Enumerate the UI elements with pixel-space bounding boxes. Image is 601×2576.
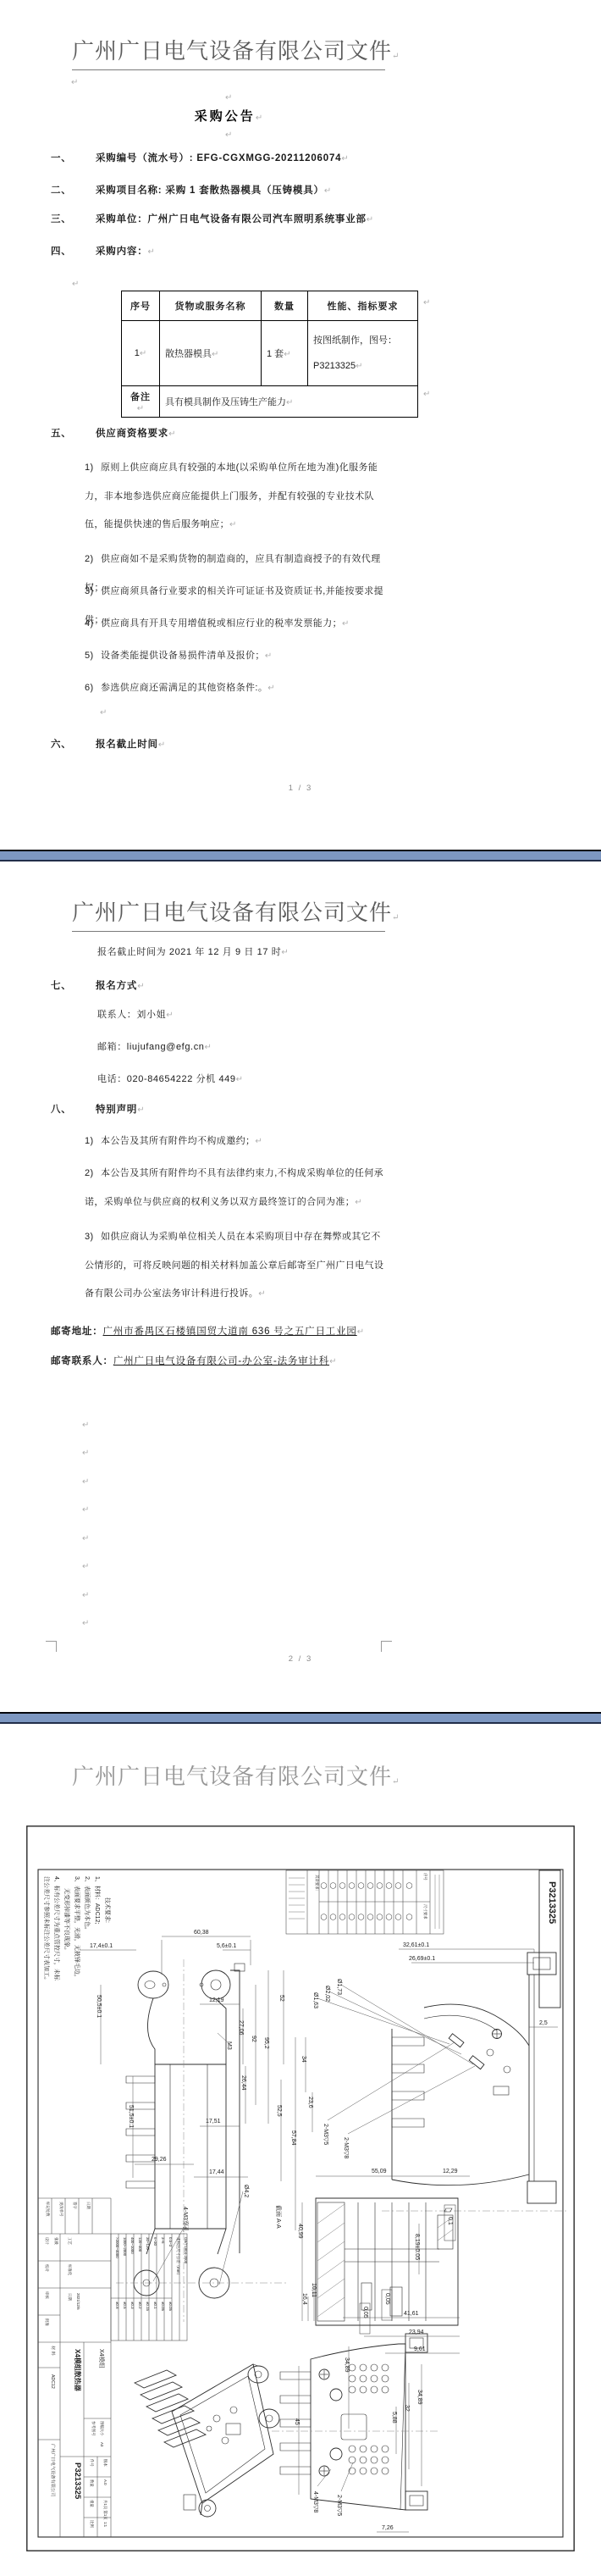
section-label: 截面 A-A <box>275 2205 283 2229</box>
statement-text: 本公告及其所有附件均不构成邀约； <box>101 1136 255 1146</box>
pilcrow-mark: ↵ <box>205 1043 212 1052</box>
tolerance-standard: GB/T1804-2000 <box>184 2237 188 2264</box>
tech-note-line: 1、材料：ADC12; <box>94 1876 102 1924</box>
cell-remark-text: 具有模具制作及压铸生产能力 <box>165 397 286 407</box>
section-7-text: 报名方式 <box>96 981 137 991</box>
section-2-text: 采购项目名称: 采购 1 套散热器模具（压铸模具） <box>96 186 324 196</box>
pilcrow-mark: ↵ <box>255 1137 262 1146</box>
section-8-text: 特别声明 <box>96 1105 137 1115</box>
tb-part-no: P3213325 <box>73 2462 82 2500</box>
tb-module: X4模组 <box>98 2349 106 2368</box>
dim-label: 45 <box>294 2418 300 2425</box>
dim-label: 23,6 <box>307 2097 313 2108</box>
email-text: 邮箱：liujufang@efg.cn <box>97 1042 205 1052</box>
tb-material: ADC12 <box>50 2374 55 2389</box>
section-1: 一、采购编号（流水号）: EFG-CGXMGG-20211206074↵ <box>51 151 349 164</box>
dim-label: M3 <box>226 2041 232 2050</box>
tb-date-label: 日期 <box>85 2202 91 2209</box>
pilcrow-mark: ↵ <box>82 1421 89 1430</box>
tb-ref-label: 参考图号 <box>91 2421 96 2436</box>
tb-version-label: 版本 <box>102 2459 108 2467</box>
mail-contact-value: 广州广日电气设备有限公司-办公室-法务审计科 <box>113 1356 329 1366</box>
pilcrow-mark: ↵ <box>82 1591 89 1600</box>
dim-label: 8,19±0.05 <box>414 2234 420 2260</box>
dim-label: 23,94 <box>409 2329 424 2335</box>
tb-date-label: 日期 <box>67 2293 73 2301</box>
pilcrow-mark: ↵ <box>392 52 399 61</box>
phone-line: 电话：020-84654222 分机 449↵ <box>97 1072 243 1085</box>
tb-sign: 签字 <box>72 2202 78 2209</box>
requirement-text: 设备类能提供设备易损件清单及报价； <box>101 651 265 661</box>
tolerance-range: 6~30 <box>153 2237 157 2246</box>
section-1-number: 一、 <box>51 151 96 164</box>
strip-seq-label: 序号 <box>422 1873 428 1881</box>
section-5-text: 供应商资格要求 <box>96 429 168 439</box>
pilcrow-mark: ↵ <box>356 362 362 371</box>
statement-number: 3) <box>85 1223 101 1252</box>
statement-item: 3)如供应商认为采购单位相关人员在本采购项目中存在舞弊或其它不公情形的，可将反映… <box>85 1223 389 1309</box>
pilcrow-mark: ↵ <box>265 651 272 661</box>
requirement-number: 2) <box>85 546 101 574</box>
dim-label: 2-M3▽8 <box>343 2137 349 2158</box>
pilcrow-mark: ↵ <box>82 1449 89 1458</box>
pilcrow-mark: ↵ <box>148 247 155 257</box>
cell-spec: 按图纸制作，图号：P3213325↵ <box>308 321 418 386</box>
company-header: 广州广日电气设备有限公司文件↵ <box>72 39 385 69</box>
pilcrow-mark: ↵ <box>82 1562 89 1571</box>
requirement-text: 供应商具有开具专用增值税或相应行业的税率发票能力； <box>101 618 342 629</box>
section-7-number: 七、 <box>51 978 96 992</box>
requirement-item: 5)设备类能提供设备易损件清单及报价；↵ <box>85 642 389 671</box>
tech-note-line: 2、表面颜色为本色。 <box>84 1876 91 1933</box>
tolerance-title: 未标注尺寸公差（mm） <box>175 2237 181 2277</box>
page-separator <box>0 850 601 861</box>
pilcrow-mark: ↵ <box>423 298 430 307</box>
requirement-text: 参选供应商还需满足的其他资格条件:。 <box>101 683 267 693</box>
dim-label: 51,5±0.1 <box>128 2105 134 2128</box>
cell-qty: 1 套↵ <box>262 321 308 386</box>
table-remark-row: 备注↵ 具有模具制作及压铸生产能力↵ <box>122 386 418 418</box>
cell-spec-line2: P3213325 <box>313 361 356 371</box>
contact-text: 联系人：刘小姐 <box>97 1010 166 1020</box>
company-header-text: 广州广日电气设备有限公司文件 <box>72 1764 392 1789</box>
section-2: 二、采购项目名称: 采购 1 套散热器模具（压铸模具）↵ <box>51 183 331 197</box>
pilcrow-mark: ↵ <box>284 350 290 359</box>
tb-standard: 标准化 <box>67 2264 73 2276</box>
procurement-table: 序号 货物或服务名称 数量 性能、指标要求 1↵ 散热器模具↵ 1 套↵ 按图纸… <box>121 291 418 418</box>
dim-label: Ø4,2 <box>243 2185 249 2197</box>
dim-label: 0,05 <box>384 2293 390 2305</box>
pilcrow-mark: ↵ <box>71 78 78 87</box>
table-row: 1↵ 散热器模具↵ 1 套↵ 按图纸制作，图号：P3213325↵ <box>122 321 418 386</box>
col-header-spec: 性能、指标要求 <box>308 291 418 321</box>
dim-label: 32 <box>404 2405 410 2412</box>
tb-change: 更改单号 <box>58 2202 64 2217</box>
dim-label: 52,5 <box>276 2105 282 2117</box>
page-footer: 2 / 3 <box>0 1654 601 1664</box>
cell-remark-label: 备注↵ <box>122 386 160 418</box>
pilcrow-mark: ↵ <box>82 1619 89 1628</box>
dim-label: 32,61±0.1 <box>403 1942 429 1948</box>
pilcrow-mark: ↵ <box>392 913 399 922</box>
text-boundary-corner <box>381 1641 392 1652</box>
dim-label: 2,5 <box>539 2020 548 2026</box>
pilcrow-mark: ↵ <box>140 349 146 358</box>
table-header-row: 序号 货物或服务名称 数量 性能、指标要求 <box>122 291 418 321</box>
section-5-number: 五、 <box>51 426 96 440</box>
pilcrow-mark: ↵ <box>329 1357 336 1366</box>
requirement-number: 4) <box>85 610 101 639</box>
company-header: 广州广日电气设备有限公司文件↵ <box>72 1764 385 1795</box>
phone-text: 电话：020-84654222 分机 449 <box>97 1074 236 1084</box>
pilcrow-mark: ↵ <box>72 280 79 289</box>
col-header-name: 货物或服务名称 <box>160 291 262 321</box>
tech-note-line: 技术要求: <box>104 1897 112 1923</box>
pilcrow-mark: ↵ <box>267 684 274 693</box>
section-6: 六、报名截止时间↵ <box>51 737 165 751</box>
tb-scale-label: 比例 <box>89 2520 95 2528</box>
tolerance-range: 120~400 <box>138 2237 142 2252</box>
section-4-text: 采购内容： <box>96 247 148 257</box>
dim-label: 4-M3▽8 <box>312 2491 318 2512</box>
tolerance-value: ±0.3 <box>130 2302 135 2309</box>
tb-approve: 批准 <box>44 2318 50 2326</box>
pilcrow-mark: ↵ <box>258 1289 265 1299</box>
requirement-item: 1)原则上供应商应具有较强的本地(以采购单位所在地为准)化服务能力，非本地参选供… <box>85 454 389 540</box>
dim-label: 12,19 <box>209 1997 224 2003</box>
pilcrow-mark: ↵ <box>357 1327 364 1337</box>
dim-label: 17,51 <box>206 2119 221 2125</box>
company-header-text: 广州广日电气设备有限公司文件 <box>72 900 392 925</box>
tb-mark: 标记处数 <box>45 2202 51 2217</box>
requirement-number: 3) <box>85 578 101 607</box>
page-2: 广州广日电气设备有限公司文件↵ 报名截止时间为 2021 年 12 月 9 日 … <box>0 861 601 1712</box>
tb-weight-label: 重量 <box>89 2500 95 2507</box>
dim-label: 34,89 <box>416 2390 422 2405</box>
section-7: 七、报名方式↵ <box>51 978 145 992</box>
requirement-number: 5) <box>85 642 101 671</box>
pilcrow-mark: ↵ <box>342 619 349 629</box>
header-underline <box>72 69 385 70</box>
tb-check: 校对 <box>44 2264 50 2272</box>
contact-line: 联系人：刘小姐↵ <box>97 1007 174 1021</box>
dim-label: 17,4±0.1 <box>90 1943 113 1949</box>
dim-label: 26,44 <box>240 2075 246 2091</box>
pilcrow-mark: ↵ <box>225 93 232 102</box>
section-2-number: 二、 <box>51 183 96 197</box>
dim-label: Ø1,73 <box>336 1979 342 1995</box>
dim-label: 34 <box>300 2056 306 2063</box>
dim-label: 9,61 <box>414 2346 426 2352</box>
pilcrow-mark: ↵ <box>168 429 175 439</box>
dim-label: 7,26 <box>382 2525 394 2531</box>
dim-label: 60,38 <box>194 1930 209 1936</box>
tb-version: A.0 <box>103 2479 108 2485</box>
pilcrow-mark: ↵ <box>423 390 430 399</box>
requirement-item: 4)供应商具有开具专用增值税或相应行业的税率发票能力；↵ <box>85 610 389 639</box>
pilcrow-mark: ↵ <box>137 1105 144 1115</box>
dim-label: 10,11 <box>311 2283 317 2297</box>
section-3-number: 三、 <box>51 212 96 225</box>
part-number-text: P3213325 <box>547 1881 557 1924</box>
dim-label: 2-M3▽5 <box>323 2124 328 2145</box>
tolerance-value: ±0.8 <box>115 2302 119 2309</box>
tolerance-value: ±0.05 <box>168 2302 173 2312</box>
page-title: 采购公告↵ <box>72 107 385 125</box>
tolerance-range: >2000~4000 <box>115 2237 119 2258</box>
cell-spec-line1: 按图纸制作，图号： <box>313 335 397 346</box>
mail-address-value: 广州市番禺区石楼镇国贸大道南 636 号之五广日工业园 <box>103 1327 357 1337</box>
pilcrow-mark: ↵ <box>137 404 144 413</box>
tb-part-name: X4模组散热器 <box>74 2349 82 2391</box>
cell-no: 1↵ <box>122 321 160 386</box>
tb-audit: 审核 <box>44 2291 50 2299</box>
mail-contact-line: 邮寄联系人：广州广日电气设备有限公司-办公室-法务审计科↵ <box>51 1354 336 1367</box>
pilcrow-mark: ↵ <box>212 350 218 359</box>
section-1-text: 采购编号（流水号）: EFG-CGXMGG-20211206074 <box>96 153 341 163</box>
dim-label: 4-M3穿孔 <box>182 2207 190 2232</box>
cell-name-text: 散热器模具 <box>165 349 212 359</box>
cell-remark: 具有模具制作及压铸生产能力↵ <box>160 386 418 418</box>
statement-text: 如供应商认为采购单位相关人员在本采购项目中存在舞弊或其它不公情形的，可将反映问题… <box>85 1232 383 1299</box>
dim-label: 92 <box>251 2036 256 2042</box>
page-separator <box>0 1712 601 1724</box>
tolerance-value: ±0.2 <box>138 2302 142 2309</box>
cell-qty-text: 1 套 <box>267 349 284 359</box>
tb-material-label: 材 料 <box>50 2346 57 2357</box>
section-5: 五、供应商资格要求↵ <box>51 426 176 440</box>
page-1: 广州广日电气设备有限公司文件↵ ↵ ↵ 采购公告↵ ↵ 一、采购编号（流水号）:… <box>0 0 601 850</box>
dim-label: 52 <box>278 1995 284 2002</box>
mail-contact-label: 邮寄联系人： <box>51 1356 113 1366</box>
pilcrow-mark: ↵ <box>286 398 293 407</box>
section-8: 八、特别声明↵ <box>51 1102 145 1116</box>
requirement-number: 6) <box>85 674 101 703</box>
requirement-number: 1) <box>85 454 101 483</box>
tolerance-range: 30~120 <box>146 2237 150 2250</box>
dim-label: 2-M3▽5 <box>336 2495 342 2516</box>
section-6-text: 报名截止时间 <box>96 740 158 750</box>
statement-number: 1) <box>85 1127 101 1156</box>
tb-design: 设计 <box>44 2237 50 2245</box>
deadline-text: 报名截止时间为 2021 年 12 月 9 日 17 时 <box>97 947 281 957</box>
pilcrow-mark: ↵ <box>367 215 373 224</box>
section-8-number: 八、 <box>51 1102 96 1116</box>
pilcrow-mark: ↵ <box>324 186 331 196</box>
tb-item-label: 件号 <box>89 2459 95 2467</box>
section-4: 四、采购内容：↵ <box>51 244 155 258</box>
col-header-qty: 数量 <box>262 291 308 321</box>
section-4-number: 四、 <box>51 244 96 258</box>
tech-note-line: 3、表面要求平整，光滑，无披锋毛边， <box>73 1876 81 1980</box>
pilcrow-mark: ↵ <box>256 114 262 123</box>
tb-company: 广州广日电气设备有限公司 <box>50 2444 57 2496</box>
statement-number: 2) <box>85 1160 101 1188</box>
page-3: 广州广日电气设备有限公司文件↵ 技术要求: 1、材料：ADC12; 2、表面颜色… <box>0 1724 601 2576</box>
mail-address-label: 邮寄地址： <box>51 1327 103 1337</box>
tolerance-value: ±0.15 <box>146 2302 150 2312</box>
email-line: 邮箱：liujufang@efg.cn↵ <box>97 1039 212 1053</box>
pilcrow-mark: ↵ <box>137 982 144 991</box>
strip-req-label: 尺寸要求 <box>422 1904 428 1920</box>
statement-item: 2)本公告及其所有附件均不具有法律约束力,不构成采购单位的任何承诺，采购单位与供… <box>85 1160 389 1216</box>
dim-label: 41,61 <box>404 2311 419 2317</box>
pilcrow-mark: ↵ <box>392 1777 399 1787</box>
dim-label: Ø1,63 <box>312 1992 318 2008</box>
section-6-number: 六、 <box>51 737 96 751</box>
page-title-text: 采购公告 <box>195 109 256 124</box>
dim-label: 16,4 <box>301 2293 307 2305</box>
dim-label: 34,89 <box>344 2357 350 2373</box>
pilcrow-mark: ↵ <box>355 1198 361 1207</box>
page-footer: 1 / 3 <box>0 784 601 793</box>
pilcrow-mark: ↵ <box>82 1477 89 1487</box>
dim-label: 26,69±0.1 <box>409 1956 435 1962</box>
company-header: 广州广日电气设备有限公司文件↵ <box>72 900 385 931</box>
pilcrow-mark: ↵ <box>100 708 107 717</box>
cell-name: 散热器模具↵ <box>160 321 262 386</box>
dim-label: 40,99 <box>297 2224 303 2239</box>
pilcrow-mark: ↵ <box>82 1534 89 1543</box>
tb-scale: 1:1 <box>103 2522 108 2528</box>
dim-label: 5,6±0.1 <box>217 1943 236 1949</box>
pilcrow-mark: ↵ <box>236 1075 243 1084</box>
tolerance-range: 0.5~3 <box>168 2237 173 2247</box>
dim-label: 17,44 <box>209 2169 224 2175</box>
pilcrow-mark: ↵ <box>341 154 348 163</box>
pilcrow-mark: ↵ <box>225 130 232 140</box>
dim-label: 0,05 <box>362 2307 368 2318</box>
requirement-item: 6)参选供应商还需满足的其他资格条件:。↵ <box>85 674 389 703</box>
dim-label: Ø2,02 <box>324 1986 330 2002</box>
dim-label: 50,5±0.1 <box>96 1995 102 2018</box>
pilcrow-mark: ↵ <box>158 740 165 750</box>
cell-remark-label-text: 备注 <box>130 392 151 402</box>
pilcrow-mark: ↵ <box>82 1505 89 1515</box>
tolerance-range: 3~6 <box>161 2237 165 2244</box>
strip-note: 其余要求: <box>314 1875 320 1891</box>
tb-qty-label: 数量 <box>89 2479 95 2487</box>
tb-size: A3 <box>100 2442 104 2447</box>
dim-label: 27,06 <box>238 2020 244 2036</box>
technical-drawing: 技术要求: 1、材料：ADC12; 2、表面颜色为本色。 3、表面要求平整，光滑… <box>26 1825 575 2551</box>
tolerance-value: ±0.5 <box>123 2302 127 2309</box>
section-3: 三、采购单位：广州广日电气设备有限公司汽车照明系统事业部↵ <box>51 212 373 225</box>
tolerance-range: 400~1000 <box>130 2237 135 2254</box>
header-underline <box>72 931 385 932</box>
dim-label: 95,2 <box>263 2037 269 2049</box>
tech-note-line: 4、标有公差尺寸为重点管控尺寸，未标 <box>52 1876 61 1981</box>
dim-label: 5,88 <box>391 2412 397 2424</box>
tb-date: 2021/12/6 <box>76 2293 80 2310</box>
pilcrow-mark: ↵ <box>229 520 236 529</box>
pilcrow-mark: ↵ <box>281 948 288 957</box>
tb-size-label: 图幅大小 <box>99 2421 105 2436</box>
tech-note-line: 无变形掉漆等不良现象。 <box>63 1888 71 1953</box>
pilcrow-mark: ↵ <box>166 1011 173 1020</box>
tb-designer: 张毅 <box>53 2237 59 2245</box>
text-boundary-corner <box>46 1641 57 1652</box>
drawing-outer-border <box>27 1826 574 2551</box>
statement-text: 本公告及其所有附件均不具有法律约束力,不构成采购单位的任何承诺，采购单位与供应商… <box>85 1168 383 1207</box>
section-3-text: 采购单位：广州广日电气设备有限公司汽车照明系统事业部 <box>96 214 367 224</box>
dim-label: 12,29 <box>443 2169 458 2174</box>
deadline-line: 报名截止时间为 2021 年 12 月 9 日 17 时↵ <box>97 945 289 958</box>
dim-label: 55,09 <box>372 2169 387 2174</box>
col-header-no: 序号 <box>122 291 160 321</box>
tolerance-value: ±0.05 <box>161 2302 165 2312</box>
tolerance-value: ±0.1 <box>153 2302 157 2309</box>
tech-note-line: 注公差尺寸参照未标注公差尺寸表加工。 <box>43 1876 51 1983</box>
mail-address-line: 邮寄地址：广州市番禺区石楼镇国贸大道南 636 号之五广日工业园↵ <box>51 1324 364 1338</box>
tolerance-range: 1000~2000 <box>123 2237 127 2257</box>
tb-sheet: 共1页 第1页 <box>102 2500 108 2520</box>
statement-item: 1)本公告及其所有附件均不构成邀约；↵ <box>85 1127 389 1156</box>
dim-label: 57,84 <box>290 2130 296 2146</box>
company-header-text: 广州广日电气设备有限公司文件 <box>72 39 392 64</box>
tb-craft: 工艺 <box>68 2237 73 2245</box>
dim-label: 0,1 <box>447 2217 453 2225</box>
dim-label: 29,26 <box>152 2157 167 2163</box>
